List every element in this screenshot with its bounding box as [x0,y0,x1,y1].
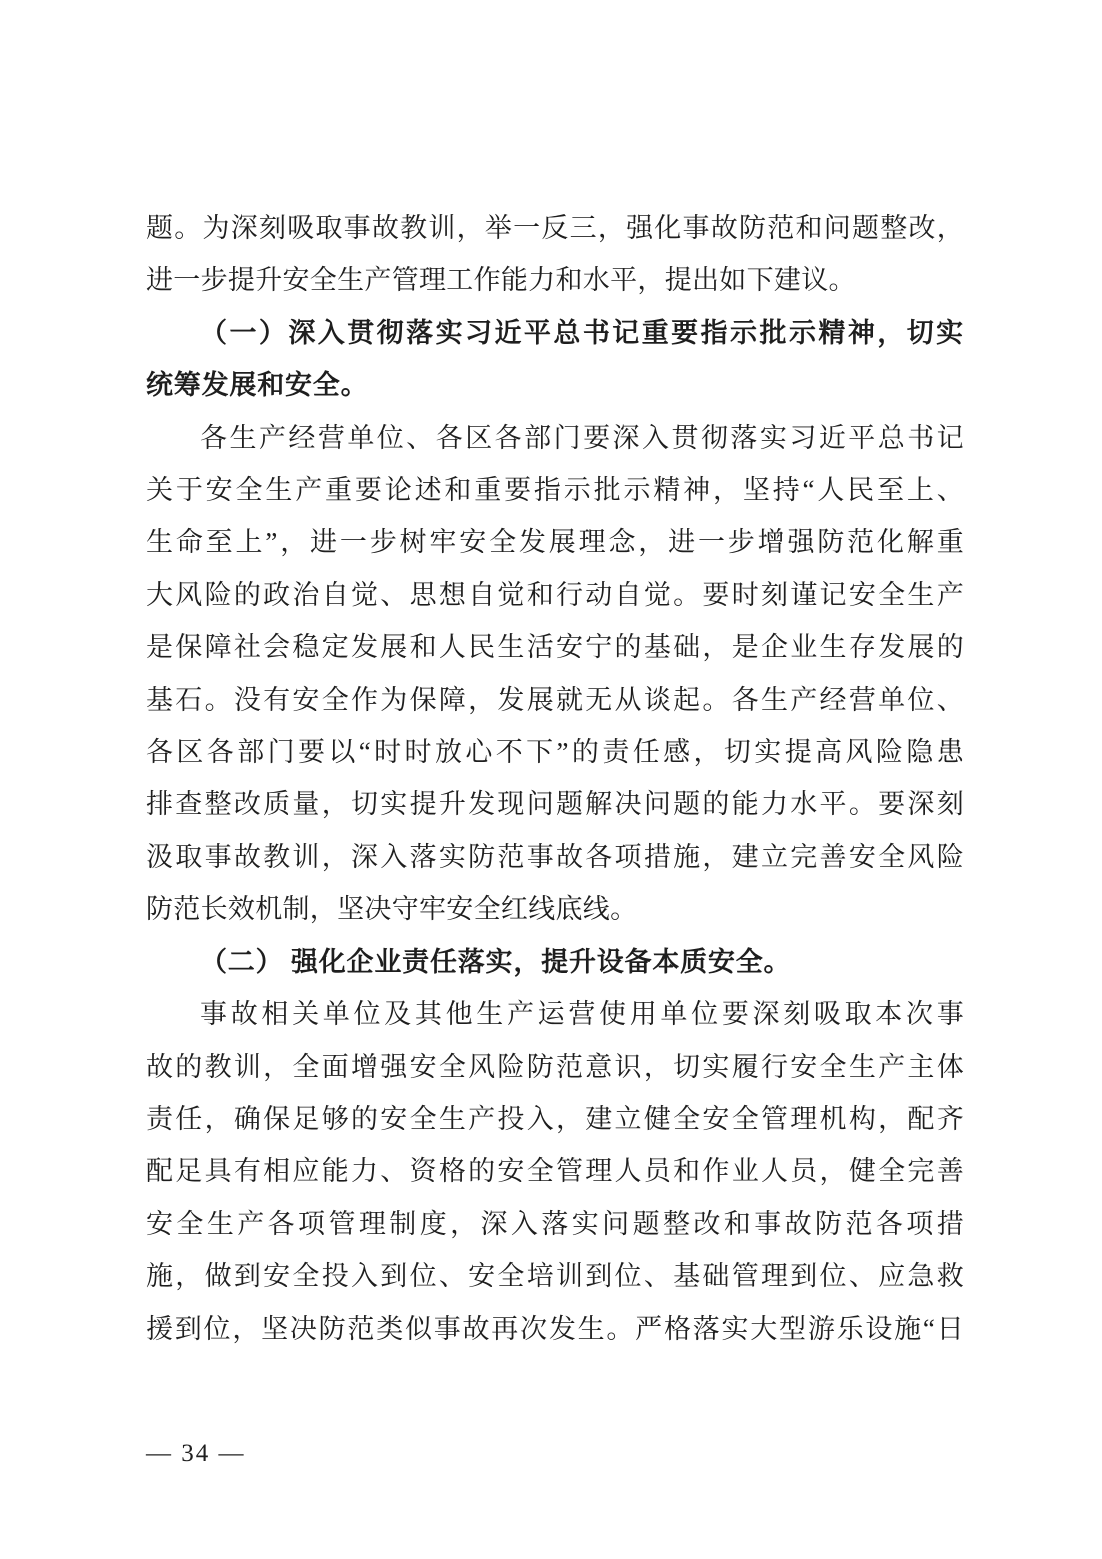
text-line: 是保障社会稳定发展和人民生活安宁的基础，是企业生存发展的 [146,621,964,673]
text-line: （二） 强化企业责任落实，提升设备本质安全。 [146,936,964,988]
text-line: 关于安全生产重要论述和重要指示批示精神，坚持“人民至上、 [146,464,964,516]
text-line: 统筹发展和安全。 [146,359,964,411]
heading-section-2: （二） 强化企业责任落实，提升设备本质安全。 [146,936,964,988]
page-number: — 34 — [146,1440,246,1468]
para-section-1-body: 各生产经营单位、各区各部门要深入贯彻落实习近平总书记关于安全生产重要论述和重要指… [146,412,964,936]
text-line: 事故相关单位及其他生产运营使用单位要深刻吸取本次事 [146,988,964,1040]
text-line: 各区各部门要以“时时放心不下”的责任感，切实提高风险隐患 [146,726,964,778]
text-line: 援到位，坚决防范类似事故再次发生。严格落实大型游乐设施“日 [146,1303,964,1355]
text-line: 各生产经营单位、各区各部门要深入贯彻落实习近平总书记 [146,412,964,464]
heading-section-1: （一）深入贯彻落实习近平总书记重要指示批示精神，切实统筹发展和安全。 [146,307,964,412]
text-line: 生命至上”，进一步树牢安全发展理念，进一步增强防范化解重 [146,516,964,568]
text-line: 防范长效机制，坚决守牢安全红线底线。 [146,883,964,935]
text-line: 进一步提升安全生产管理工作能力和水平，提出如下建议。 [146,254,964,306]
text-line: 大风险的政治自觉、思想自觉和行动自觉。要时刻谨记安全生产 [146,569,964,621]
text-line: 题。为深刻吸取事故教训，举一反三，强化事故防范和问题整改， [146,202,964,254]
document-body: 题。为深刻吸取事故教训，举一反三，强化事故防范和问题整改，进一步提升安全生产管理… [146,202,964,1355]
text-line: 汲取事故教训，深入落实防范事故各项措施，建立完善安全风险 [146,831,964,883]
text-line: 排查整改质量，切实提升发现问题解决问题的能力水平。要深刻 [146,778,964,830]
document-page: 题。为深刻吸取事故教训，举一反三，强化事故防范和问题整改，进一步提升安全生产管理… [0,0,1102,1559]
text-line: 故的教训，全面增强安全风险防范意识，切实履行安全生产主体 [146,1041,964,1093]
text-line: 责任，确保足够的安全生产投入，建立健全安全管理机构，配齐 [146,1093,964,1145]
text-line: （一）深入贯彻落实习近平总书记重要指示批示精神，切实 [146,307,964,359]
para-continuation: 题。为深刻吸取事故教训，举一反三，强化事故防范和问题整改，进一步提升安全生产管理… [146,202,964,307]
para-section-2-body: 事故相关单位及其他生产运营使用单位要深刻吸取本次事故的教训，全面增强安全风险防范… [146,988,964,1355]
text-line: 施，做到安全投入到位、安全培训到位、基础管理到位、应急救 [146,1250,964,1302]
text-line: 安全生产各项管理制度，深入落实问题整改和事故防范各项措 [146,1198,964,1250]
text-line: 基石。没有安全作为保障，发展就无从谈起。各生产经营单位、 [146,674,964,726]
text-line: 配足具有相应能力、资格的安全管理人员和作业人员，健全完善 [146,1145,964,1197]
